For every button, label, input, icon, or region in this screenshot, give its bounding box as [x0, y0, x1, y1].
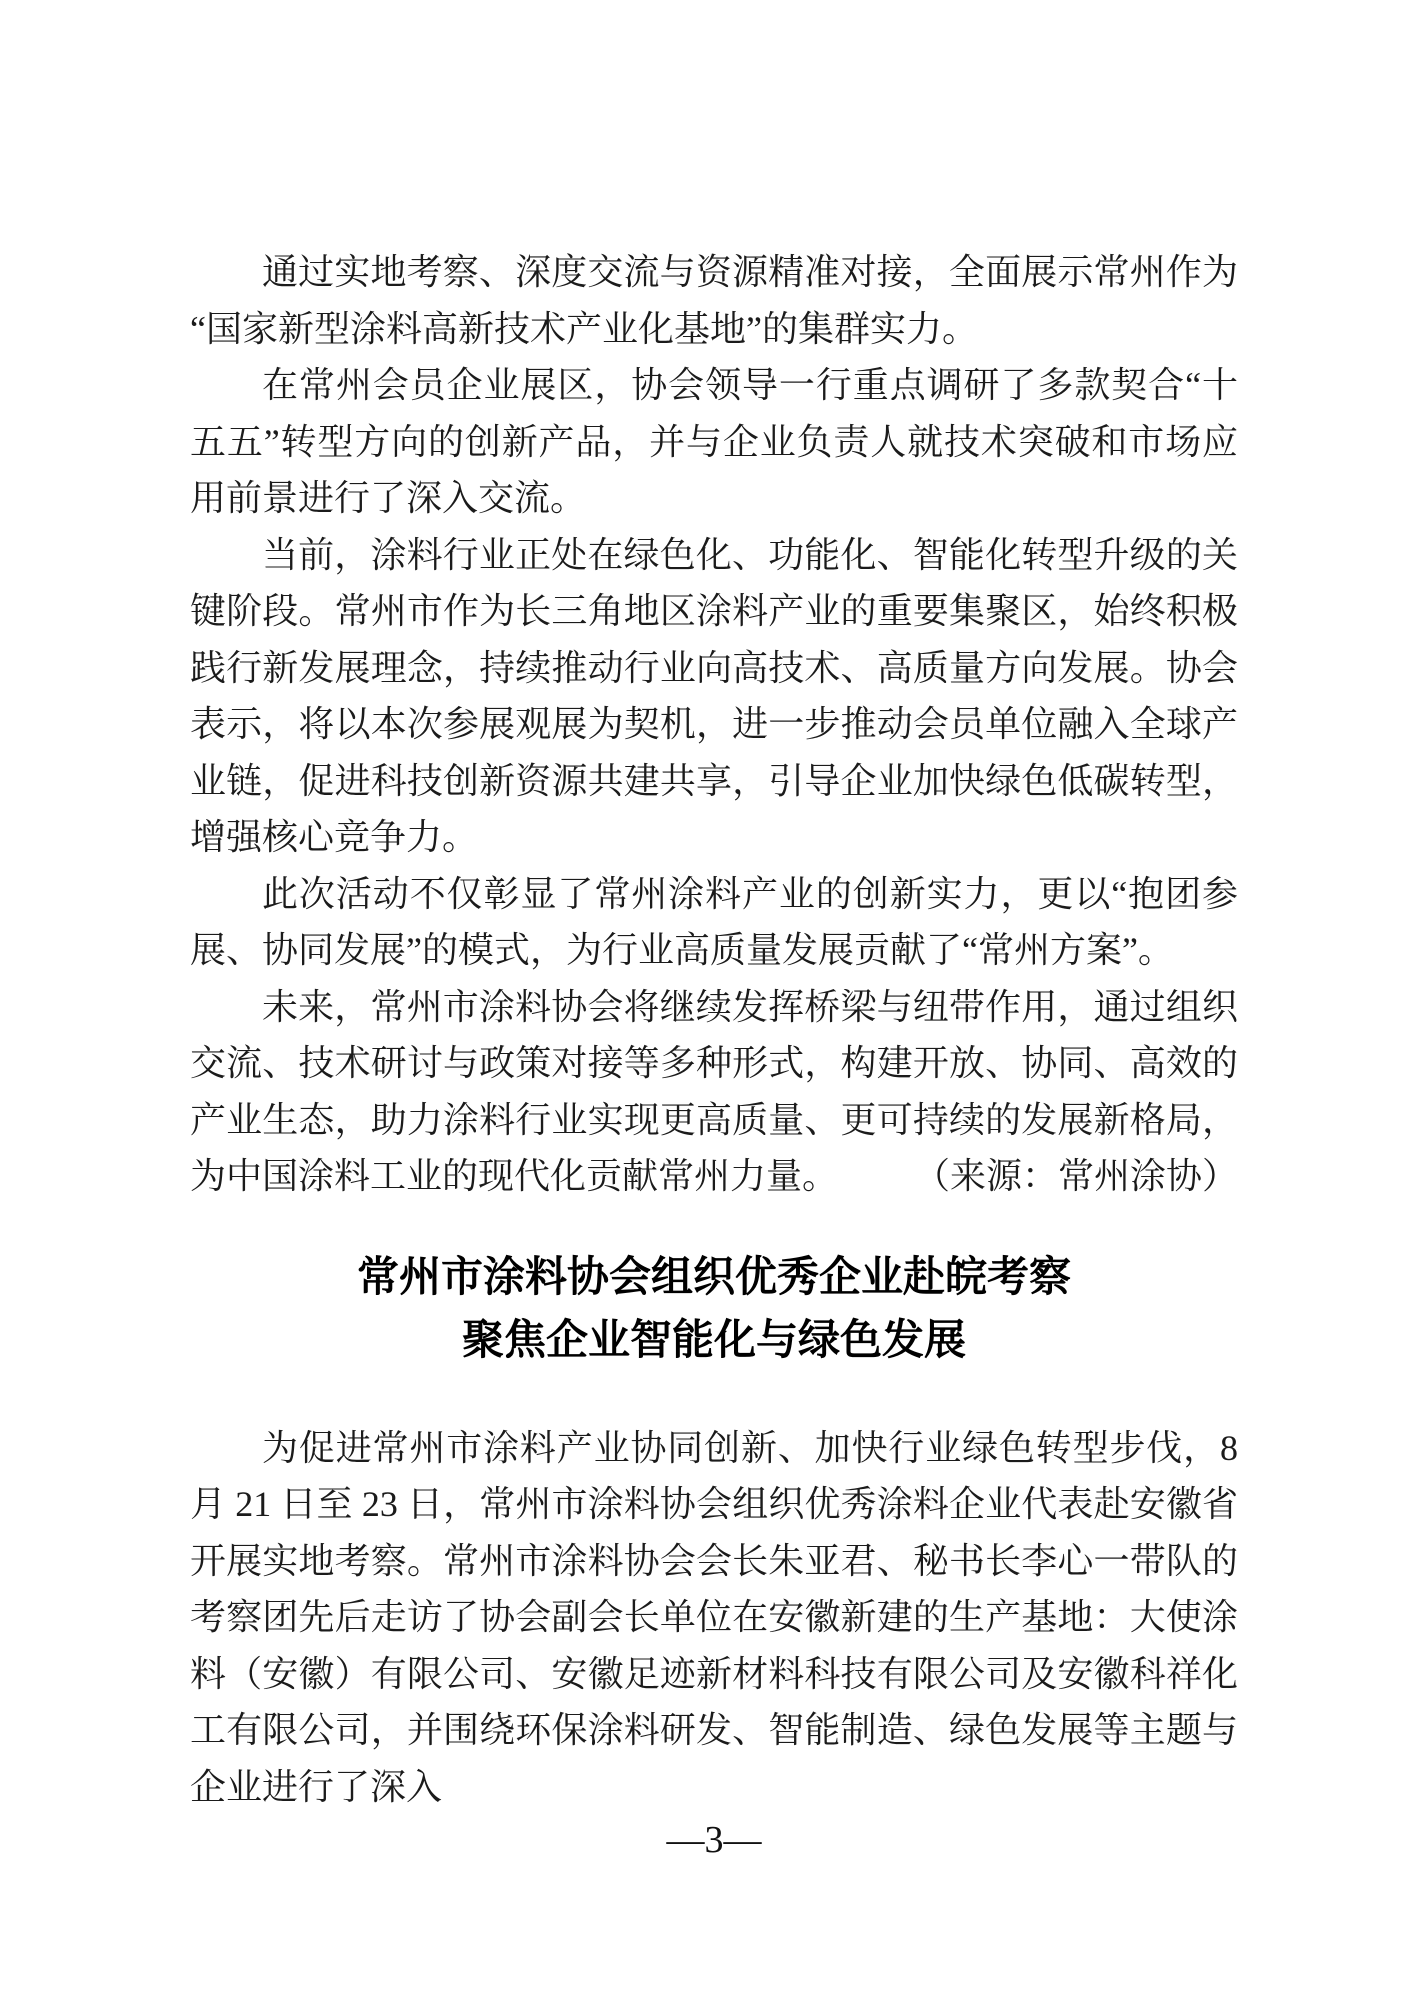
- document-page: 通过实地考察、深度交流与资源精准对接，全面展示常州作为“国家新型涂料高新技术产业…: [0, 0, 1415, 2000]
- article-title-line-2: 聚焦企业智能化与绿色发展: [190, 1310, 1238, 1373]
- article-next-section: 为促进常州市涂料产业协同创新、加快行业绿色转型步伐，8 月 21 日至 23 日…: [190, 1420, 1238, 1816]
- page-number: —3—: [190, 1812, 1238, 1868]
- article-previous-section: 通过实地考察、深度交流与资源精准对接，全面展示常州作为“国家新型涂料高新技术产业…: [190, 244, 1238, 1205]
- article-title: 常州市涂料协会组织优秀企业赴皖考察 聚焦企业智能化与绿色发展: [190, 1247, 1238, 1373]
- paragraph: 通过实地考察、深度交流与资源精准对接，全面展示常州作为“国家新型涂料高新技术产业…: [190, 244, 1238, 357]
- paragraph: 为促进常州市涂料产业协同创新、加快行业绿色转型步伐，8 月 21 日至 23 日…: [190, 1420, 1238, 1816]
- article-title-line-1: 常州市涂料协会组织优秀企业赴皖考察: [190, 1247, 1238, 1310]
- page-content: 通过实地考察、深度交流与资源精准对接，全面展示常州作为“国家新型涂料高新技术产业…: [190, 244, 1238, 1815]
- source-attribution: （来源：常州涂协）: [914, 1148, 1238, 1205]
- paragraph: 此次活动不仅彰显了常州涂料产业的创新实力，更以“抱团参展、协同发展”的模式，为行…: [190, 866, 1238, 979]
- paragraph: 在常州会员企业展区，协会领导一行重点调研了多款契合“十五五”转型方向的创新产品，…: [190, 357, 1238, 527]
- paragraph-with-source: 未来，常州市涂料协会将继续发挥桥梁与纽带作用，通过组织交流、技术研讨与政策对接等…: [190, 979, 1238, 1205]
- paragraph: 当前，涂料行业正处在绿色化、功能化、智能化转型升级的关键阶段。常州市作为长三角地…: [190, 527, 1238, 866]
